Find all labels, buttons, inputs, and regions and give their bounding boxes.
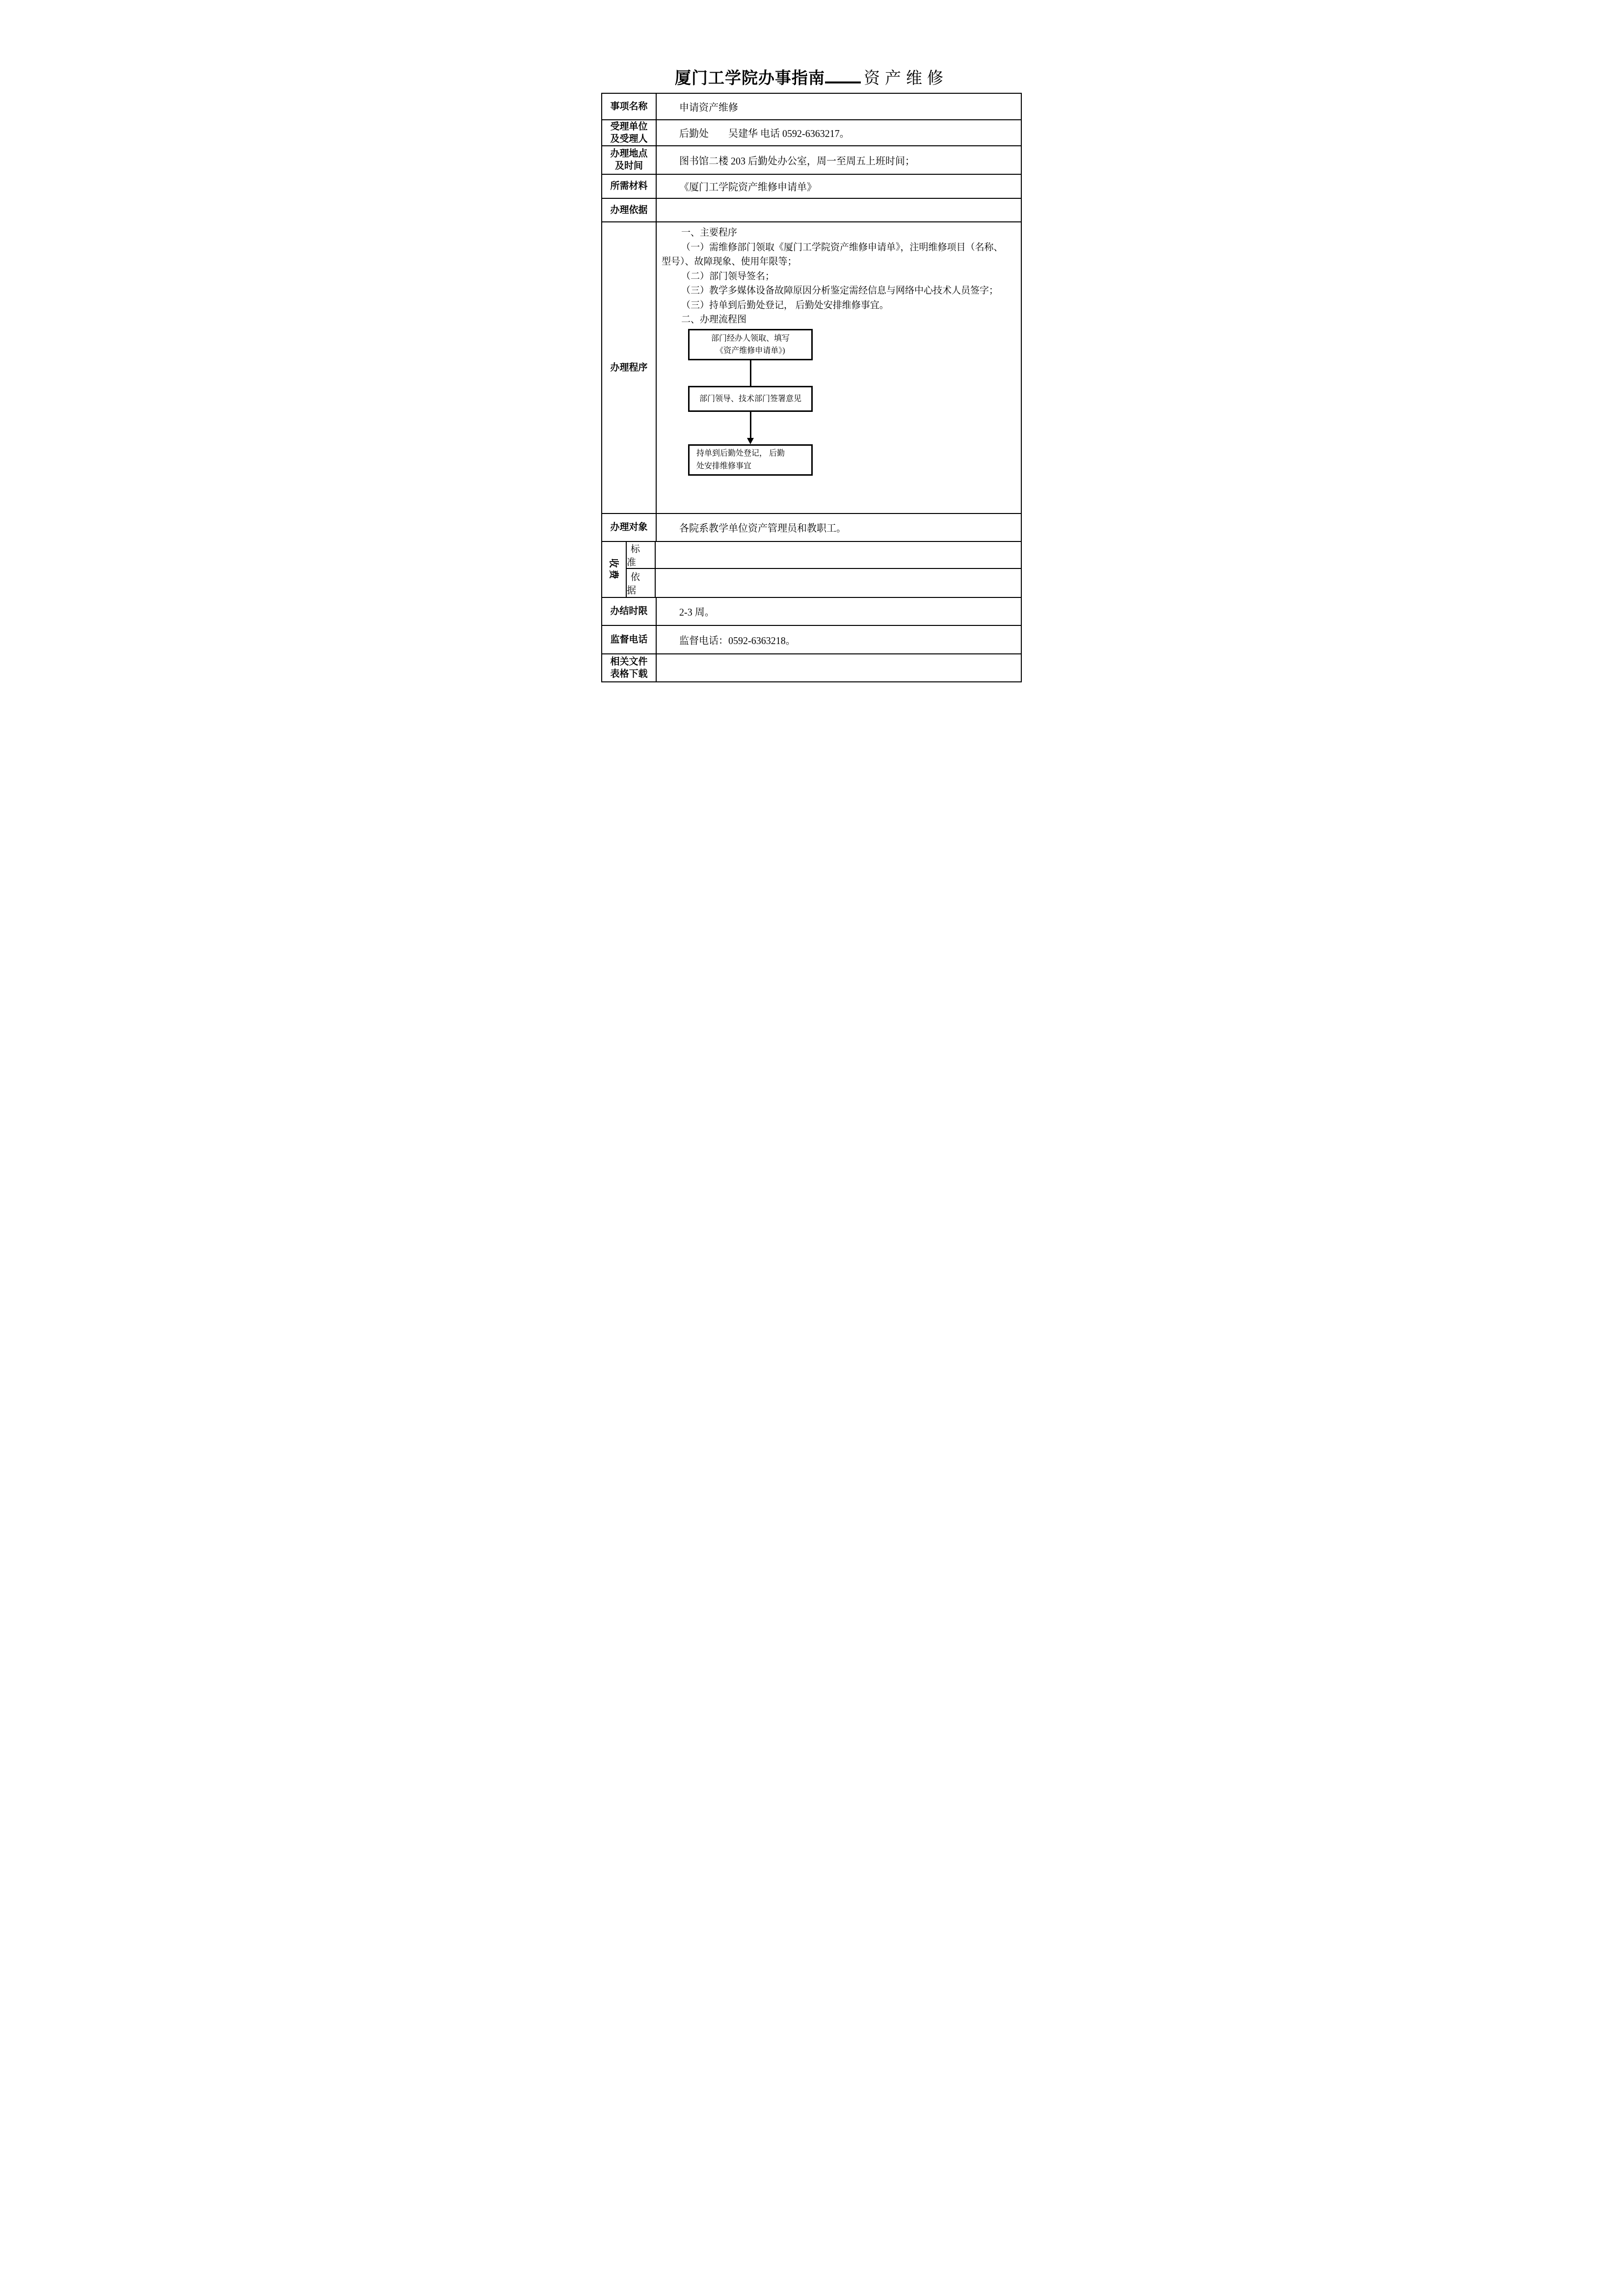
row-target-value: 各院系教学单位资产管理员和教职工。 — [657, 514, 1021, 541]
procedure-paragraph: 型号）、故障现象、使用年限等； — [662, 255, 1019, 270]
row-downloads-label: 相关文件 表格下载 — [602, 654, 657, 681]
row-legal-basis-label: 办理依据 — [602, 199, 657, 221]
fee-subtable: 标准 依据 — [627, 542, 1021, 597]
title-main: 厦门工学院办事指南 — [675, 69, 825, 87]
flowchart-step-3-line1: 持单到后勤处登记， 后勤 — [696, 447, 785, 460]
flowchart-step-2: 部门领导、技术部门签署意见 — [688, 386, 813, 412]
procedure-content: 一、主要程序 （一）需维修部门领取《厦门工学院资产维修申请单》，注明维修项目（名… — [657, 222, 1021, 513]
row-deadline-label: 办结时限 — [602, 598, 657, 625]
row-materials-label: 所需材料 — [602, 175, 657, 198]
row-target-label: 办理对象 — [602, 514, 657, 541]
row-item-name: 事项名称 申请资产维修 — [602, 94, 1021, 120]
title-subject: 资产维修 — [864, 70, 948, 87]
row-procedure-label: 办理程序 — [602, 222, 657, 513]
procedure-paragraph: （一）需维修部门领取《厦门工学院资产维修申请单》，注明维修项目（名称、 — [662, 241, 1019, 255]
row-target: 办理对象 各院系教学单位资产管理员和教职工。 — [602, 514, 1021, 542]
fee-standard-row: 标准 — [627, 542, 1021, 569]
row-downloads-value — [657, 654, 1021, 681]
flowchart-step-1-line2: 《资产维修申请单》) — [716, 345, 785, 357]
procedure-paragraph: （三）持单到后勤处登记， 后勤处安排维修事宜。 — [662, 298, 1019, 313]
flowchart-step-3: 持单到后勤处登记， 后勤 处安排维修事宜 — [688, 444, 813, 476]
flowchart-step-2-text: 部门领导、技术部门签署意见 — [699, 393, 801, 405]
row-location-time-label: 办理地点 及时间 — [602, 146, 657, 174]
row-accept-unit-label-line1: 受理单位 — [610, 121, 647, 133]
row-item-name-value: 申请资产维修 — [657, 94, 1021, 119]
row-accept-unit: 受理单位 及受理人 后勤处 吴建华 电话 0592-6363217。 — [602, 120, 1021, 146]
procedure-paragraph: （三）教学多媒体设备故障原因分析鉴定需经信息与网络中心技术人员签字； — [662, 284, 1019, 298]
flowchart-connector-2 — [750, 412, 751, 438]
fee-basis-label: 依据 — [627, 569, 656, 597]
row-deadline-value: 2-3 周。 — [657, 598, 1021, 625]
page-title: 厦门工学院办事指南——资产维修 — [541, 67, 1082, 90]
row-fee-label-text: 收费 — [607, 558, 620, 581]
row-procedure: 办理程序 一、主要程序 （一）需维修部门领取《厦门工学院资产维修申请单》，注明维… — [602, 222, 1021, 514]
procedure-paragraph: 二、办理流程图 — [662, 313, 1019, 327]
row-accept-unit-label: 受理单位 及受理人 — [602, 120, 657, 145]
row-supervision-label: 监督电话 — [602, 626, 657, 653]
document-page: 厦门工学院办事指南——资产维修 事项名称 申请资产维修 受理单位 及受理人 后勤… — [541, 0, 1082, 765]
flowchart-connector-1 — [750, 360, 751, 386]
row-supervision-value: 监督电话：0592-6363218。 — [657, 626, 1021, 653]
row-location-time-value: 图书馆二楼 203 后勤处办公室，周一至周五上班时间； — [657, 146, 1021, 174]
guide-table: 事项名称 申请资产维修 受理单位 及受理人 后勤处 吴建华 电话 0592-63… — [601, 93, 1022, 682]
row-supervision: 监督电话 监督电话：0592-6363218。 — [602, 626, 1021, 654]
row-fee-label: 收费 — [602, 542, 627, 597]
row-item-name-label: 事项名称 — [602, 94, 657, 119]
row-downloads-label-line1: 相关文件 — [610, 656, 647, 668]
row-downloads: 相关文件 表格下载 — [602, 654, 1021, 682]
flowchart-arrowhead-icon — [747, 438, 754, 444]
title-dash: —— — [825, 81, 861, 83]
procedure-paragraph: 一、主要程序 — [662, 226, 1019, 241]
row-location-time: 办理地点 及时间 图书馆二楼 203 后勤处办公室，周一至周五上班时间； — [602, 146, 1021, 175]
fee-basis-row: 依据 — [627, 569, 1021, 597]
fee-standard-label: 标准 — [627, 542, 656, 568]
row-fee: 收费 标准 依据 — [602, 542, 1021, 598]
row-downloads-label-line2: 表格下载 — [610, 668, 647, 680]
row-location-time-label-line2: 及时间 — [615, 160, 643, 172]
row-deadline: 办结时限 2-3 周。 — [602, 598, 1021, 626]
row-legal-basis: 办理依据 — [602, 199, 1021, 222]
row-location-time-label-line1: 办理地点 — [610, 148, 647, 160]
row-materials-value: 《厦门工学院资产维修申请单》 — [657, 175, 1021, 198]
flowchart-step-3-line2: 处安排维修事宜 — [696, 460, 751, 473]
fee-basis-value — [656, 569, 1021, 597]
row-legal-basis-value — [657, 199, 1021, 221]
row-accept-unit-value: 后勤处 吴建华 电话 0592-6363217。 — [657, 120, 1021, 145]
flowchart: 部门经办人领取、填写 《资产维修申请单》) 部门领导、技术部门签署意见 持单到后… — [688, 329, 813, 476]
row-accept-unit-label-line2: 及受理人 — [610, 133, 647, 145]
flowchart-step-1-line1: 部门经办人领取、填写 — [711, 332, 790, 345]
procedure-paragraph: （二）部门领导签名； — [662, 270, 1019, 284]
flowchart-step-1: 部门经办人领取、填写 《资产维修申请单》) — [688, 329, 813, 360]
fee-standard-value — [656, 542, 1021, 568]
row-materials: 所需材料 《厦门工学院资产维修申请单》 — [602, 175, 1021, 199]
